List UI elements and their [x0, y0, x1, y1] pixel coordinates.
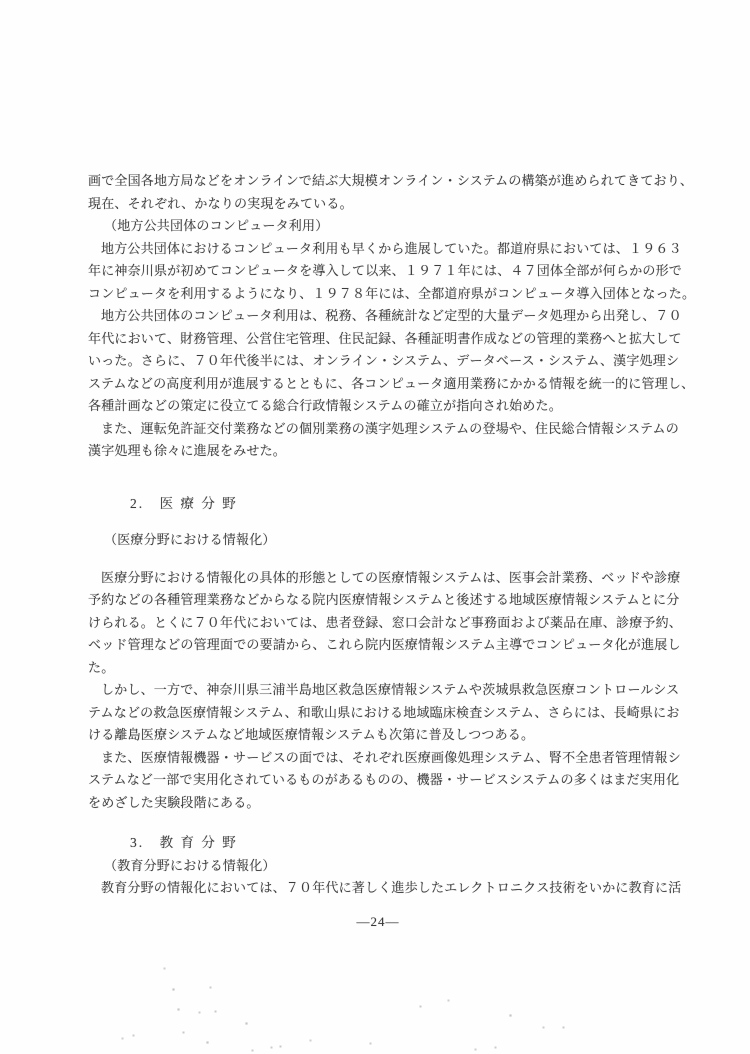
- text-line: 地方公共団体におけるコンピュータ利用も早くから進展していた。都道府県においては、…: [88, 238, 668, 261]
- text-line: コンピュータを利用するようになり、１９７８年には、全都道府県がコンピュータ導入団…: [88, 283, 668, 306]
- text-line: ける離島医療システムなど地域医療情報システムも次第に普及しつつある。: [88, 724, 668, 747]
- paren-heading: （教育分野における情報化）: [88, 855, 668, 878]
- text-line: 予約などの各種管理業務などからなる院内医療情報システムと後述する地域医療情報シス…: [88, 589, 668, 612]
- text-line: ベッド管理などの管理面での要請から、これら院内医療情報システム主導でコンピュータ…: [88, 634, 668, 657]
- text-line: けられる。とくに７０年代においては、患者登録、窓口会計など事務面および薬品在庫、…: [88, 612, 668, 635]
- text-line: ステムなど一部で実用化されているものがあるものの、機器・サービスシステムの多くは…: [88, 769, 668, 792]
- text-line: また、医療情報機器・サービスの面では、それぞれ医療画像処理システム、腎不全患者管…: [88, 747, 668, 770]
- text-line: 漢字処理も徐々に進展をみせた。: [88, 440, 668, 463]
- text-line: 各種計画などの策定に役立てる総合行政情報システムの確立が指向され始めた。: [88, 395, 668, 418]
- text-line: 教育分野の情報化においては、７０年代に著しく進歩したエレクトロニクス技術をいかに…: [88, 877, 668, 900]
- scan-noise-speckles: [0, 0, 1, 1]
- text-line: ステムなどの高度利用が進展するとともに、各コンピュータ適用業務にかかる情報を統一…: [88, 373, 668, 396]
- paren-heading: （医療分野における情報化）: [88, 529, 668, 552]
- document-text: 画で全国各地方局などをオンラインで結ぶ大規模オンライン・システムの構築が進められ…: [88, 170, 668, 933]
- page-number: —24—: [88, 911, 668, 933]
- text-line: テムなどの救急医療情報システム、和歌山県における地域臨床検査システム、さらには、…: [88, 702, 668, 725]
- section-heading: 2. 医 療 分 野: [88, 493, 668, 516]
- text-line: 医療分野における情報化の具体的形態としての医療情報システムは、医事会計業務、ベッ…: [88, 567, 668, 590]
- text-line: 年代において、財務管理、公営住宅管理、住民記録、各種証明書作成などの管理的業務へ…: [88, 328, 668, 351]
- paren-heading: （地方公共団体のコンピュータ利用）: [88, 215, 668, 238]
- text-line: た。: [88, 657, 668, 680]
- text-line: また、運転免許証交付業務などの個別業務の漢字処理システムの登場や、住民総合情報シ…: [88, 418, 668, 441]
- text-line: 現在、それぞれ、かなりの実現をみている。: [88, 193, 668, 216]
- text-line: 画で全国各地方局などをオンラインで結ぶ大規模オンライン・システムの構築が進められ…: [88, 170, 668, 193]
- section-heading: 3. 教 育 分 野: [88, 832, 668, 855]
- text-line: をめざした実験段階にある。: [88, 792, 668, 815]
- document-page: 画で全国各地方局などをオンラインで結ぶ大規模オンライン・システムの構築が進められ…: [0, 0, 750, 1054]
- text-line: しかし、一方で、神奈川県三浦半島地区救急医療情報システムや茨城県救急医療コントロ…: [88, 679, 668, 702]
- text-line: 地方公共団体のコンピュータ利用は、税務、各種統計など定型的大量データ処理から出発…: [88, 305, 668, 328]
- text-line: 年に神奈川県が初めてコンピュータを導入して以来、１９７１年には、４７団体全部が何…: [88, 260, 668, 283]
- text-line: いった。さらに、７０年代後半には、オンライン・システム、データベース・システム、…: [88, 350, 668, 373]
